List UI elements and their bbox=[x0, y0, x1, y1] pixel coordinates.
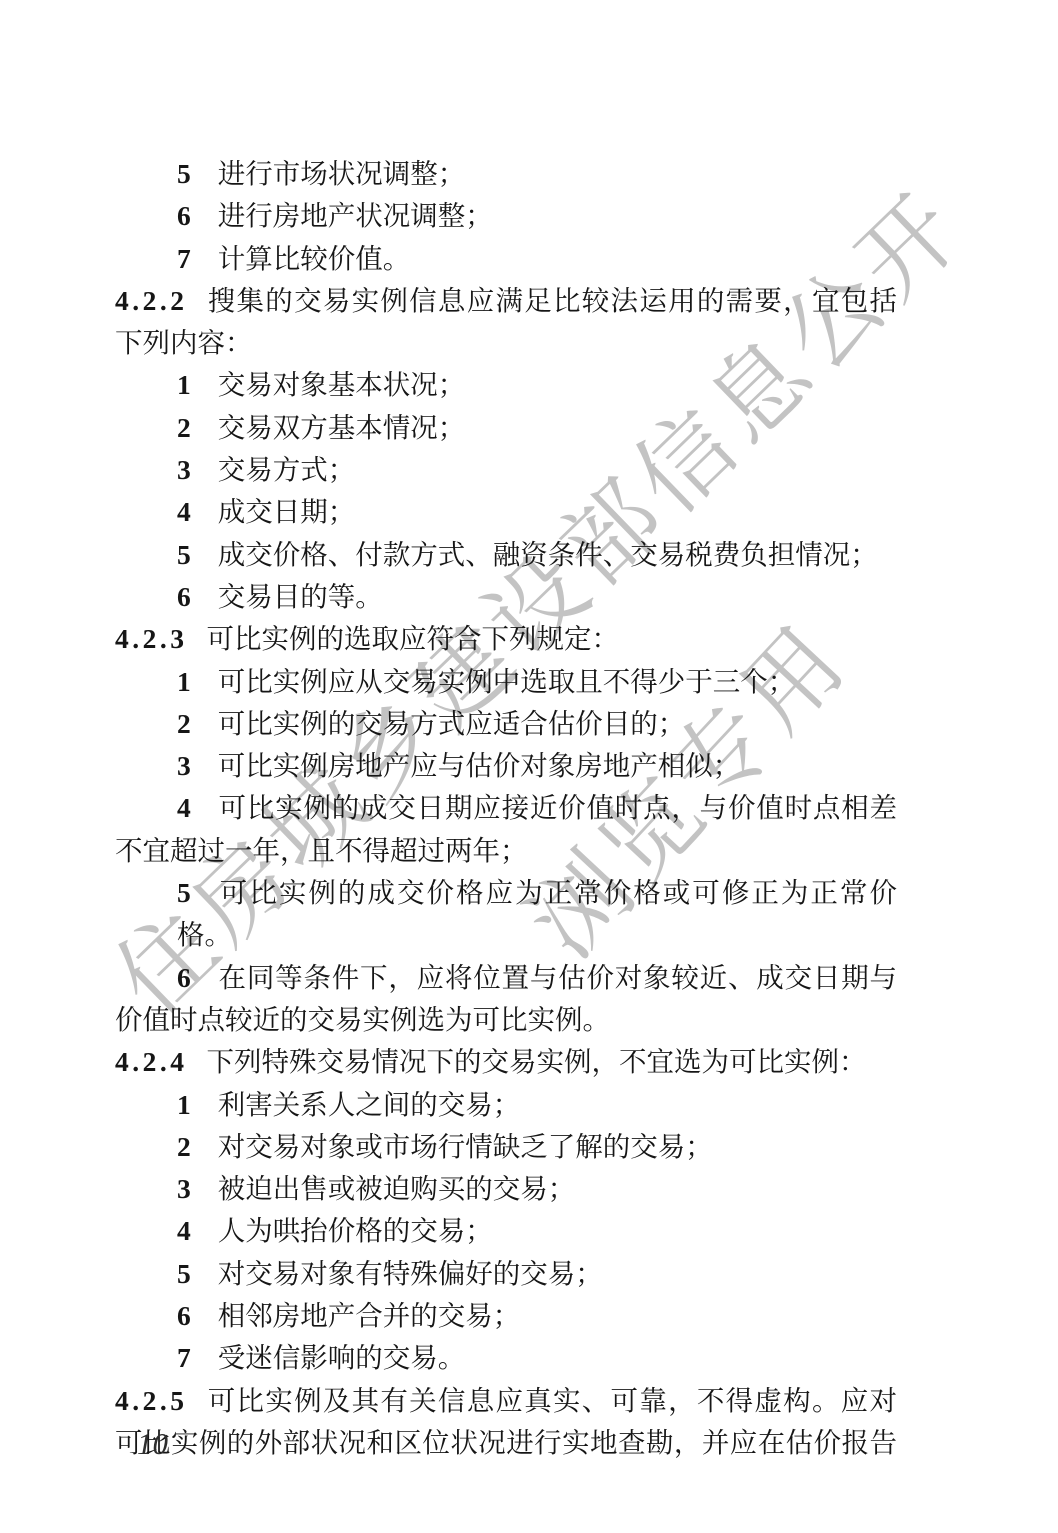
clause-line: 4.2.5可比实例及其有关信息应真实、可靠，不得虚构。应对 bbox=[115, 1380, 897, 1422]
list-item-line: 7受迷信影响的交易。 bbox=[115, 1337, 897, 1379]
line-text: 对交易对象有特殊偏好的交易； bbox=[218, 1258, 603, 1289]
item-number: 2 bbox=[177, 1131, 191, 1162]
item-number: 4 bbox=[177, 496, 191, 527]
list-item-line: 1可比实例应从交易实例中选取且不得少于三个； bbox=[115, 661, 897, 703]
item-number: 5 bbox=[177, 1258, 191, 1289]
list-item-line: 3可比实例房地产应与估价对象房地产相似； bbox=[115, 745, 897, 787]
line-text: 对交易对象或市场行情缺乏了解的交易； bbox=[218, 1131, 713, 1162]
list-item-line: 5进行市场状况调整； bbox=[115, 153, 897, 195]
line-text: 交易目的等。 bbox=[218, 581, 383, 612]
line-text: 可比实例的交易方式应适合估价目的； bbox=[218, 708, 686, 739]
line-text: 交易对象基本状况； bbox=[218, 369, 466, 400]
line-text: 下列特殊交易情况下的交易实例，不宜选为可比实例： bbox=[207, 1046, 867, 1077]
clause-line: 下列内容： bbox=[115, 322, 897, 364]
clause-line: 4.2.4下列特殊交易情况下的交易实例，不宜选为可比实例： bbox=[115, 1041, 897, 1083]
line-text: 可比实例的成交日期应接近价值时点，与价值时点相差 bbox=[218, 792, 897, 823]
list-item-line: 6进行房地产状况调整； bbox=[115, 195, 897, 237]
line-text: 可比实例的选取应符合下列规定： bbox=[207, 623, 620, 654]
list-item-line: 6在同等条件下，应将位置与估价对象较近、成交日期与 bbox=[115, 957, 897, 999]
list-item-line: 1利害关系人之间的交易； bbox=[115, 1084, 897, 1126]
line-text: 利害关系人之间的交易； bbox=[218, 1089, 521, 1120]
line-text: 成交日期； bbox=[218, 496, 356, 527]
item-number: 6 bbox=[177, 200, 191, 231]
item-number: 7 bbox=[177, 1342, 191, 1373]
line-text: 被迫出售或被迫购买的交易； bbox=[218, 1173, 576, 1204]
item-number: 1 bbox=[177, 369, 191, 400]
page-number: 10 bbox=[137, 1426, 168, 1462]
list-item-line: 2可比实例的交易方式应适合估价目的； bbox=[115, 703, 897, 745]
clause-number: 4.2.2 bbox=[115, 285, 188, 316]
list-item-line: 3被迫出售或被迫购买的交易； bbox=[115, 1168, 897, 1210]
item-number: 4 bbox=[177, 1215, 191, 1246]
clause-line: 4.2.3可比实例的选取应符合下列规定： bbox=[115, 618, 897, 660]
list-item-line: 不宜超过一年，且不得超过两年； bbox=[115, 830, 897, 872]
line-text: 进行房地产状况调整； bbox=[218, 200, 493, 231]
line-text: 价值时点较近的交易实例选为可比实例。 bbox=[115, 1004, 610, 1035]
item-number: 4 bbox=[177, 792, 191, 823]
line-text: 相邻房地产合并的交易； bbox=[218, 1300, 521, 1331]
item-number: 6 bbox=[177, 1300, 191, 1331]
list-item-line: 5可比实例的成交价格应为正常价格或可修正为正常价格。 bbox=[115, 872, 897, 957]
item-number: 7 bbox=[177, 243, 191, 274]
line-text: 可比实例的成交价格应为正常价格或可修正为正常价格。 bbox=[177, 877, 897, 950]
line-text: 可比实例房地产应与估价对象房地产相似； bbox=[218, 750, 741, 781]
line-text: 成交价格、付款方式、融资条件、交易税费负担情况； bbox=[218, 539, 878, 570]
item-number: 1 bbox=[177, 666, 191, 697]
line-text: 人为哄抬价格的交易； bbox=[218, 1215, 493, 1246]
item-number: 3 bbox=[177, 750, 191, 781]
line-text: 在同等条件下，应将位置与估价对象较近、成交日期与 bbox=[218, 962, 897, 993]
line-text: 可比实例应从交易实例中选取且不得少于三个； bbox=[218, 666, 796, 697]
line-text: 可比实例的外部状况和区位状况进行实地查勘，并应在估价报告 bbox=[115, 1427, 897, 1458]
clause-line: 4.2.2搜集的交易实例信息应满足比较法运用的需要，宜包括 bbox=[115, 280, 897, 322]
list-item-line: 4成交日期； bbox=[115, 491, 897, 533]
line-text: 搜集的交易实例信息应满足比较法运用的需要，宜包括 bbox=[207, 285, 898, 316]
list-item-line: 7计算比较价值。 bbox=[115, 238, 897, 280]
line-text: 不宜超过一年，且不得超过两年； bbox=[115, 835, 528, 866]
list-item-line: 1交易对象基本状况； bbox=[115, 364, 897, 406]
clause-number: 4.2.3 bbox=[115, 623, 188, 654]
item-number: 5 bbox=[177, 539, 191, 570]
document-page: 住房城乡建设部信息公开 浏览专用 5进行市场状况调整；6进行房地产状况调整；7计… bbox=[0, 0, 1058, 1533]
list-item-line: 2交易双方基本情况； bbox=[115, 407, 897, 449]
list-item-line: 4可比实例的成交日期应接近价值时点，与价值时点相差 bbox=[115, 787, 897, 829]
item-number: 2 bbox=[177, 412, 191, 443]
clause-line: 可比实例的外部状况和区位状况进行实地查勘，并应在估价报告 bbox=[115, 1422, 897, 1464]
line-text: 交易方式； bbox=[218, 454, 356, 485]
line-text: 受迷信影响的交易。 bbox=[218, 1342, 466, 1373]
list-item-line: 3交易方式； bbox=[115, 449, 897, 491]
list-item-line: 5成交价格、付款方式、融资条件、交易税费负担情况； bbox=[115, 534, 897, 576]
item-number: 3 bbox=[177, 454, 191, 485]
clause-number: 4.2.5 bbox=[115, 1385, 188, 1416]
line-text: 进行市场状况调整； bbox=[218, 158, 466, 189]
list-item-line: 5对交易对象有特殊偏好的交易； bbox=[115, 1253, 897, 1295]
item-number: 1 bbox=[177, 1089, 191, 1120]
item-number: 6 bbox=[177, 962, 191, 993]
item-number: 5 bbox=[177, 877, 191, 908]
item-number: 6 bbox=[177, 581, 191, 612]
item-number: 5 bbox=[177, 158, 191, 189]
clause-number: 4.2.4 bbox=[115, 1046, 188, 1077]
list-item-line: 6交易目的等。 bbox=[115, 576, 897, 618]
list-item-line: 4人为哄抬价格的交易； bbox=[115, 1210, 897, 1252]
item-number: 2 bbox=[177, 708, 191, 739]
line-text: 可比实例及其有关信息应真实、可靠，不得虚构。应对 bbox=[207, 1385, 898, 1416]
item-number: 3 bbox=[177, 1173, 191, 1204]
line-text: 下列内容： bbox=[115, 327, 253, 358]
list-item-line: 2对交易对象或市场行情缺乏了解的交易； bbox=[115, 1126, 897, 1168]
list-item-line: 价值时点较近的交易实例选为可比实例。 bbox=[115, 999, 897, 1041]
list-item-line: 6相邻房地产合并的交易； bbox=[115, 1295, 897, 1337]
line-text: 交易双方基本情况； bbox=[218, 412, 466, 443]
line-text: 计算比较价值。 bbox=[218, 243, 411, 274]
document-body: 5进行市场状况调整；6进行房地产状况调整；7计算比较价值。4.2.2搜集的交易实… bbox=[115, 153, 897, 1464]
